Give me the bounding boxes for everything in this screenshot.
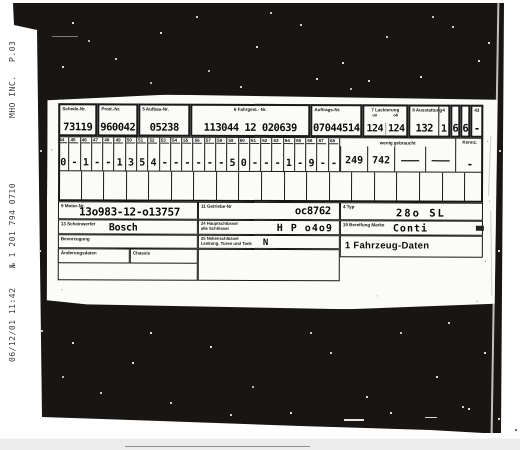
code-value: - [329, 158, 339, 169]
lackierung-sublabels: un ob [364, 112, 406, 117]
code-number: 57 [205, 138, 214, 144]
field-value: Bosch [109, 222, 138, 233]
ink-smudge [476, 226, 484, 231]
code-value: - [69, 157, 79, 168]
fax-sender: MHO INC. [8, 75, 17, 118]
code-number: 47 [92, 137, 101, 143]
wenig-value: 742 [367, 146, 394, 171]
code-value: - [103, 157, 113, 168]
field-prod-nr: Prod.-Nr. 960042 [97, 103, 138, 136]
rule-line [284, 172, 285, 202]
code-cell: 65- [295, 138, 306, 171]
code-value: - [261, 158, 271, 169]
rule-line [396, 172, 397, 202]
code-number: 50 [126, 137, 135, 143]
code-value: 4 [148, 158, 158, 169]
field-label: Chassis [131, 250, 197, 256]
sublabel: un [364, 112, 385, 117]
faint-mark [488, 136, 491, 196]
code-number: 64 [284, 138, 293, 144]
field-label: 5 Aufbau-Nr. [140, 106, 188, 112]
code-value: - [160, 158, 170, 169]
field-getriebe-nr: 11 Getriebe-Nr oc8762 [198, 202, 340, 220]
field-value: 6 [452, 123, 458, 135]
rule-line [329, 172, 330, 202]
code-cell: 54- [171, 138, 182, 171]
code-cell: 440 [58, 137, 69, 170]
field-typ: 4 Typ 28o SL [340, 202, 483, 220]
bottom-middle-band [198, 249, 340, 281]
field-value: 05238 [140, 122, 188, 134]
code-value: 9 [306, 158, 316, 169]
code-cell: 503 [126, 137, 137, 170]
field-value: 132 [410, 122, 438, 134]
wenig-group: wenig gebraucht 249742—————— [340, 138, 455, 171]
code-cell: 600 [239, 138, 250, 171]
code-cell: 57- [205, 138, 216, 171]
code-value: - [182, 158, 192, 169]
field-label: Bevorzugung [59, 235, 197, 241]
field-value: - [456, 159, 483, 171]
field-label-line2: Lenkung, Türen und Tank [201, 241, 252, 246]
code-number: 65 [295, 138, 304, 144]
field-aenderungsdaten: Änderungsdaten [58, 248, 130, 263]
field-value: 6 [462, 123, 468, 135]
scan-scratch-mark [344, 419, 364, 421]
field-value: N [263, 238, 268, 248]
code-number: 48 [103, 137, 112, 143]
rule-line [351, 172, 352, 202]
code-value: - [272, 158, 282, 169]
code-row: 44045-46147-48-49150351552453-54-55-56-5… [58, 136, 483, 171]
code-number: 59 [227, 138, 236, 144]
band-divider-line [125, 446, 310, 447]
code-number: 45 [69, 137, 78, 143]
field-bereifung: 19 Bereifung Marke Conti [340, 220, 483, 235]
field-label-line2: alle Schlösser [201, 226, 229, 231]
field-extra-2: 6 [460, 105, 470, 138]
code-number: 60 [239, 138, 248, 144]
wenig-value: ——— [394, 146, 425, 171]
viewer-bottom-band [0, 438, 520, 450]
code-value: - [216, 158, 226, 169]
field-schede-nr: Schede-Nr. 73119 [58, 103, 97, 136]
code-value: - [193, 158, 203, 169]
field-value: 28o SL [396, 207, 446, 219]
code-value: 1 [115, 157, 125, 168]
code-value: 5 [137, 158, 147, 169]
field-label: Prod.-Nr. [99, 105, 136, 111]
rule-line [171, 172, 172, 202]
data-card-table: Schede-Nr. 73119 Prod.-Nr. 960042 5 Aufb… [58, 103, 484, 281]
field-value: 960042 [99, 121, 136, 133]
code-cell: 461 [81, 137, 92, 170]
scan-scratch-mark [52, 36, 78, 37]
code-cell: 55- [182, 138, 193, 171]
code-cell: 67- [318, 138, 329, 171]
field-value: 73119 [60, 121, 95, 133]
field-label: Auftrags-Nr. [312, 106, 360, 112]
code-cell: 68- [329, 138, 340, 171]
field-value: 1 [439, 124, 448, 135]
code-value: - [171, 158, 181, 169]
rule-line [464, 173, 465, 203]
code-number: 53 [160, 138, 169, 144]
code-cell: 491 [115, 137, 126, 170]
field-label: Schede-Nr. [60, 105, 95, 111]
code-cell: 669 [306, 138, 317, 171]
code-number: 46 [81, 137, 90, 143]
rule-line [442, 173, 443, 203]
fax-datetime: 06/12/01 11:42 [8, 288, 17, 362]
code-cell: 515 [137, 138, 148, 171]
code-cells: 44045-46147-48-49150351552453-54-55-56-5… [58, 137, 340, 171]
code-number: 61 [250, 138, 259, 144]
card-title: 1 Fahrzeug-Daten [345, 240, 430, 251]
code-cell: 62- [261, 138, 272, 171]
code-value: 5 [227, 158, 237, 169]
code-value: 0 [58, 157, 68, 168]
field-value: 113044 12 020639 [192, 122, 308, 134]
scan-noise [0, 0, 2, 2]
code-cell: 595 [227, 138, 238, 171]
code-cell: 53- [160, 138, 171, 171]
code-value: 3 [126, 157, 136, 168]
field-value: H P o4o9 [277, 223, 333, 234]
code-value: - [92, 157, 102, 168]
code-number: 62 [261, 138, 270, 144]
rule-line [193, 172, 194, 202]
field-label: 43 [472, 107, 481, 113]
code-cell: 58- [216, 138, 227, 171]
field-motor-nr: 9 Motor-Nr. 13o983-12-o13757 [58, 201, 198, 219]
rule-line [238, 172, 239, 202]
rule-line [261, 172, 262, 202]
rule-line [148, 172, 149, 202]
code-value: - [318, 158, 328, 169]
field-extra-1: 6 [450, 105, 460, 138]
fax-page-number: P.03 [8, 41, 17, 62]
field-value: 124 [364, 123, 385, 134]
field-value: 124 [385, 123, 406, 134]
rule-line [374, 172, 375, 202]
field-value: - [472, 123, 481, 135]
field-value: Conti [393, 223, 428, 234]
blank-ruled-row [58, 170, 483, 202]
code-number: 51 [137, 138, 146, 144]
code-number: 66 [306, 138, 315, 144]
field-value: 07044514 [312, 122, 360, 134]
code-number: 55 [182, 138, 191, 144]
code-cell: 47- [92, 137, 103, 170]
field-ausstattung: 8 Ausstattung 132 4 1 [408, 104, 450, 137]
code-number: 58 [216, 138, 225, 144]
sublabel: 4 [439, 107, 448, 113]
wenig-value: ——— [425, 147, 455, 172]
field-label: 6 Fahrgest.- Nr. [192, 106, 308, 112]
code-value: - [205, 158, 215, 169]
code-value: 1 [284, 158, 294, 169]
code-cell: 45- [69, 137, 80, 170]
field-value: oc8762 [295, 205, 331, 217]
code-number: 63 [273, 138, 282, 144]
code-number: 68 [329, 138, 338, 144]
rule-line [81, 171, 82, 201]
code-cell: 524 [148, 138, 159, 171]
code-cell: 48- [103, 137, 114, 170]
code-cell: 63- [272, 138, 283, 171]
field-value: 13o983-12-o13757 [79, 205, 180, 218]
code-value: 1 [81, 157, 91, 168]
ausstattung-subcell: 4 1 [438, 107, 448, 136]
sublabel: ob [385, 112, 406, 117]
wenig-value: 249 [340, 146, 367, 171]
vehicle-data-card: Schede-Nr. 73119 Prod.-Nr. 960042 5 Aufb… [47, 94, 498, 310]
field-label: Kennz. [456, 139, 483, 145]
faint-mark [490, 211, 492, 296]
wenig-values: 249742—————— [340, 146, 455, 171]
code-number: 44 [58, 137, 67, 143]
field-label: 25 Nebenschlüssel Lenkung, Türen und Tan… [199, 236, 339, 247]
wenig-label: wenig gebraucht [340, 138, 455, 145]
code-number: 49 [115, 137, 124, 143]
rule-line [126, 171, 127, 201]
code-number: 54 [171, 138, 180, 144]
field-lackierung: 7 Lackierung un ob 124 124 [362, 104, 408, 137]
code-cell: 641 [284, 138, 295, 171]
field-scheinwerfer: 13 Scheinwerfer Bosch [58, 219, 198, 234]
code-value: 0 [239, 158, 249, 169]
field-chassis: Chassis [130, 249, 198, 264]
rule-line [306, 172, 307, 202]
code-number: 52 [148, 138, 157, 144]
rule-line [216, 172, 217, 202]
code-value: - [250, 158, 260, 169]
field-fahrgestell-nr: 6 Fahrgest.- Nr. 113044 12 020639 [190, 104, 310, 137]
code-number: 56 [194, 138, 203, 144]
field-aufbau-nr: 5 Aufbau-Nr. 05238 [138, 104, 190, 137]
field-auftrags-nr: Auftrags-Nr. 07044514 [310, 104, 362, 137]
kennz-cell: Kennz. - [455, 139, 483, 172]
rule-line [419, 173, 420, 203]
field-hauptschluessel: 24 Hauptschlüssel alle Schlösser H P o4o… [198, 220, 340, 235]
field-bevorzugung: Bevorzugung [58, 234, 198, 248]
fax-phone: № 1 201 794 0710 [8, 183, 17, 268]
code-cell: 56- [193, 138, 204, 171]
field-label: Änderungsdaten [59, 249, 129, 255]
card-title-box: 1 Fahrzeug-Daten [340, 235, 483, 257]
scan-scratch-mark [425, 417, 437, 418]
code-number: 67 [318, 138, 327, 144]
code-value: - [295, 158, 305, 169]
field-43: 43 - [470, 105, 483, 138]
scan-speck [515, 429, 517, 431]
field-nebenschluessel: 25 Nebenschlüssel Lenkung, Türen und Tan… [198, 235, 340, 249]
rule-line [103, 171, 104, 201]
code-cell: 61- [250, 138, 261, 171]
